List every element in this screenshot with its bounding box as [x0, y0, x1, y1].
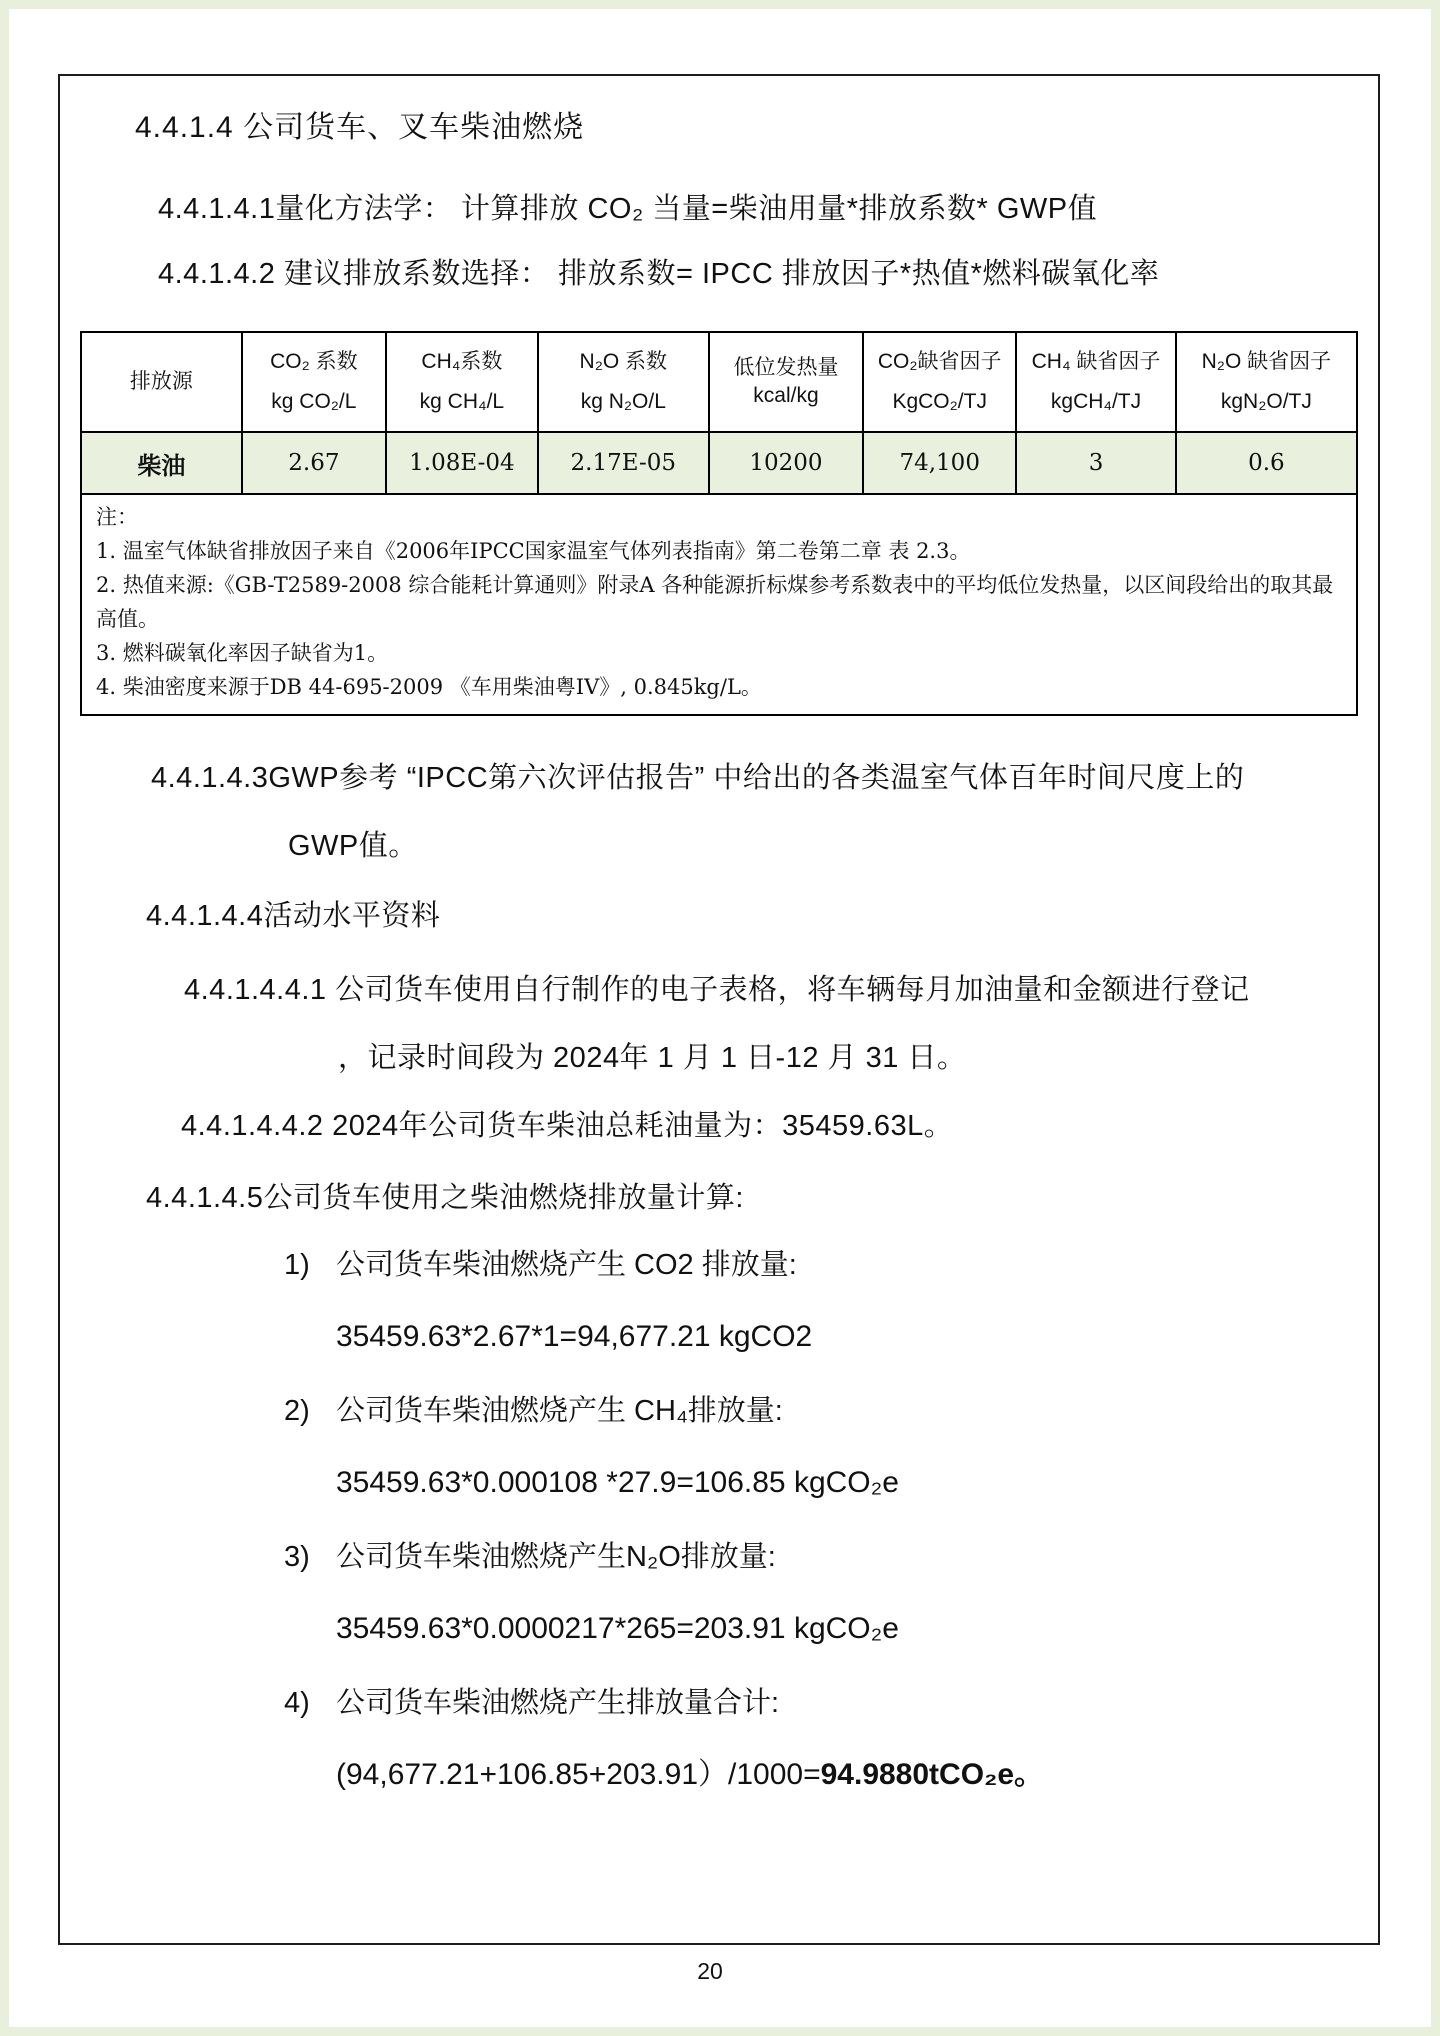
- notes-label: 注：: [96, 500, 1342, 534]
- calc-item-2-title: 2) 公司货车柴油燃烧产生 CH₄排放量:: [284, 1392, 1378, 1430]
- calc-item-3-label: 公司货车柴油燃烧产生N₂O排放量:: [336, 1538, 776, 1576]
- table-row-diesel: 柴油 2.67 1.08E-04 2.17E-05 10200 74,100 3…: [81, 432, 1357, 494]
- calc-item-1-formula: 35459.63*2.67*1=94,677.21 kgCO2: [336, 1318, 1378, 1356]
- cell-co2: 2.67: [242, 432, 386, 494]
- section-44143-line1: 4.4.1.4.3GWP参考 “IPCC第六次评估报告” 中给出的各类温室气体百…: [151, 759, 1378, 797]
- header-emission-source: 排放源: [81, 332, 242, 432]
- cell-source: 柴油: [81, 432, 242, 494]
- calc-item-4-label: 公司货车柴油燃烧产生排放量合计:: [336, 1684, 779, 1722]
- header-co2-default: CO₂缺省因子KgCO₂/TJ: [863, 332, 1016, 432]
- header-n2o-default: N₂O 缺省因子kgN₂O/TJ: [1176, 332, 1357, 432]
- cell-co2-default: 74,100: [863, 432, 1016, 494]
- header-ch4-default: CH₄ 缺省因子kgCH₄/TJ: [1016, 332, 1176, 432]
- note-item-2: 2. 热值来源:《GB-T2589-2008 综合能耗计算通则》附录A 各种能源…: [96, 568, 1342, 636]
- calc-item-4-formula: (94,677.21+106.85+203.91）/1000=94.9880tC…: [336, 1756, 1378, 1794]
- calc-item-4-number: 4): [284, 1684, 336, 1722]
- calc-item-1-label: 公司货车柴油燃烧产生 CO2 排放量:: [336, 1246, 797, 1284]
- section-441441-line2: ，记录时间段为 2024年 1 月 1 日-12 月 31 日。: [338, 1039, 1378, 1077]
- section-heading-4414: 4.4.1.4 公司货车、叉车柴油燃烧: [135, 110, 1378, 146]
- calc-item-1-title: 1) 公司货车柴油燃烧产生 CO2 排放量:: [284, 1246, 1378, 1284]
- calc-item-2-number: 2): [284, 1392, 336, 1430]
- section-44143-line2: GWP值。: [288, 827, 1378, 865]
- cell-heating: 10200: [709, 432, 863, 494]
- section-44145-title: 4.4.1.4.5公司货车使用之柴油燃烧排放量计算:: [146, 1179, 1378, 1217]
- calc-item-2-formula: 35459.63*0.000108 *27.9=106.85 kgCO₂e: [336, 1464, 1378, 1502]
- section-heading-44141: 4.4.1.4.1量化方法学： 计算排放 CO₂ 当量=柴油用量*排放系数* G…: [158, 190, 1378, 228]
- section-44144-title: 4.4.1.4.4活动水平资料: [146, 897, 1378, 935]
- calc-item-4-title: 4) 公司货车柴油燃烧产生排放量合计:: [284, 1684, 1378, 1722]
- table-notes: 注： 1. 温室气体缺省排放因子来自《2006年IPCC国家温室气体列表指南》第…: [80, 495, 1358, 716]
- section-441441-line1: 4.4.1.4.4.1 公司货车使用自行制作的电子表格，将车辆每月加油量和金额进…: [184, 971, 1378, 1009]
- header-n2o-factor: N₂O 系数kg N₂O/L: [538, 332, 709, 432]
- calc-item-2-label: 公司货车柴油燃烧产生 CH₄排放量:: [336, 1392, 783, 1430]
- note-item-1: 1. 温室气体缺省排放因子来自《2006年IPCC国家温室气体列表指南》第二卷第…: [96, 534, 1342, 568]
- cell-ch4-default: 3: [1016, 432, 1176, 494]
- calc-item-3-number: 3): [284, 1538, 336, 1576]
- table-header-row: 排放源 CO₂ 系数kg CO₂/L CH₄系数kg CH₄/L N₂O 系数k…: [81, 332, 1357, 432]
- document-page: 4.4.1.4 公司货车、叉车柴油燃烧 4.4.1.4.1量化方法学： 计算排放…: [58, 74, 1380, 1945]
- cell-ch4: 1.08E-04: [386, 432, 538, 494]
- note-item-3: 3. 燃料碳氧化率因子缺省为1。: [96, 636, 1342, 670]
- cell-n2o: 2.17E-05: [538, 432, 709, 494]
- note-item-4: 4. 柴油密度来源于DB 44-695-2009 《车用柴油粤IV》, 0.84…: [96, 670, 1342, 704]
- calc-item-3-title: 3) 公司货车柴油燃烧产生N₂O排放量:: [284, 1538, 1378, 1576]
- section-441442: 4.4.1.4.4.2 2024年公司货车柴油总耗油量为：35459.63L。: [181, 1107, 1378, 1145]
- header-ch4-factor: CH₄系数kg CH₄/L: [386, 332, 538, 432]
- header-heating-value: 低位发热量kcal/kg: [709, 332, 863, 432]
- cell-n2o-default: 0.6: [1176, 432, 1357, 494]
- emission-factor-table: 排放源 CO₂ 系数kg CO₂/L CH₄系数kg CH₄/L N₂O 系数k…: [80, 331, 1358, 495]
- page-number: 20: [0, 1958, 1420, 1985]
- section-heading-44142: 4.4.1.4.2 建议排放系数选择： 排放系数= IPCC 排放因子*热值*燃…: [158, 255, 1378, 293]
- header-co2-factor: CO₂ 系数kg CO₂/L: [242, 332, 386, 432]
- calc-item-1-number: 1): [284, 1246, 336, 1284]
- calc-item-3-formula: 35459.63*0.0000217*265=203.91 kgCO₂e: [336, 1610, 1378, 1648]
